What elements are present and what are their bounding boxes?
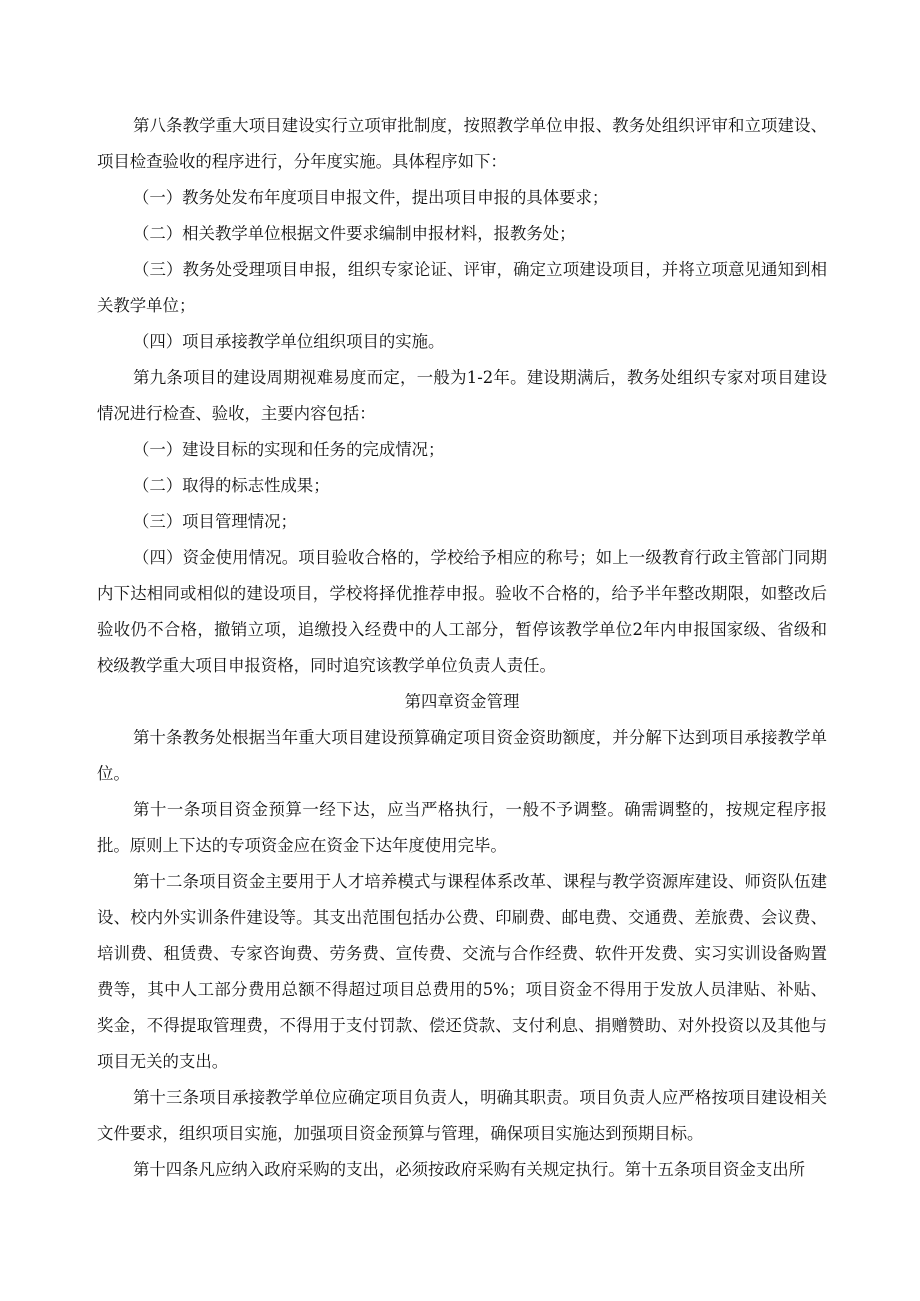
article-8-item-4: （四）项目承接教学单位组织项目的实施。 — [97, 324, 827, 360]
article-10-paragraph: 第十条教务处根据当年重大项目建设预算确定项目资金资助额度，并分解下达到项目承接教… — [97, 720, 827, 792]
article-9-item-3: （三）项目管理情况； — [97, 504, 827, 540]
article-9-paragraph: 第九条项目的建设周期视难易度而定，一般为1-2年。建设期满后，教务处组织专家对项… — [97, 360, 827, 432]
article-8-paragraph: 第八条教学重大项目建设实行立项审批制度，按照教学单位申报、教务处组织评审和立项建… — [97, 108, 827, 180]
article-8-item-2: （二）相关教学单位根据文件要求编制申报材料，报教务处； — [97, 216, 827, 252]
document-page: 第八条教学重大项目建设实行立项审批制度，按照教学单位申报、教务处组织评审和立项建… — [97, 108, 827, 1188]
article-8-item-1: （一）教务处发布年度项目申报文件，提出项目申报的具体要求； — [97, 180, 827, 216]
chapter-heading: 第四章资金管理 — [97, 684, 827, 720]
article-9-item-2: （二）取得的标志性成果； — [97, 468, 827, 504]
article-9-item-1: （一）建设目标的实现和任务的完成情况； — [97, 432, 827, 468]
article-13-paragraph: 第十三条项目承接教学单位应确定项目负责人，明确其职责。项目负责人应严格按项目建设… — [97, 1080, 827, 1152]
article-8-item-3: （三）教务处受理项目申报，组织专家论证、评审，确定立项建设项目，并将立项意见通知… — [97, 252, 827, 324]
article-11-paragraph: 第十一条项目资金预算一经下达，应当严格执行，一般不予调整。确需调整的，按规定程序… — [97, 792, 827, 864]
article-9-item-4: （四）资金使用情况。项目验收合格的，学校给予相应的称号；如上一级教育行政主管部门… — [97, 540, 827, 684]
article-14-paragraph: 第十四条凡应纳入政府采购的支出，必须按政府采购有关规定执行。第十五条项目资金支出… — [97, 1152, 827, 1188]
article-12-paragraph: 第十二条项目资金主要用于人才培养模式与课程体系改革、课程与教学资源库建设、师资队… — [97, 864, 827, 1080]
